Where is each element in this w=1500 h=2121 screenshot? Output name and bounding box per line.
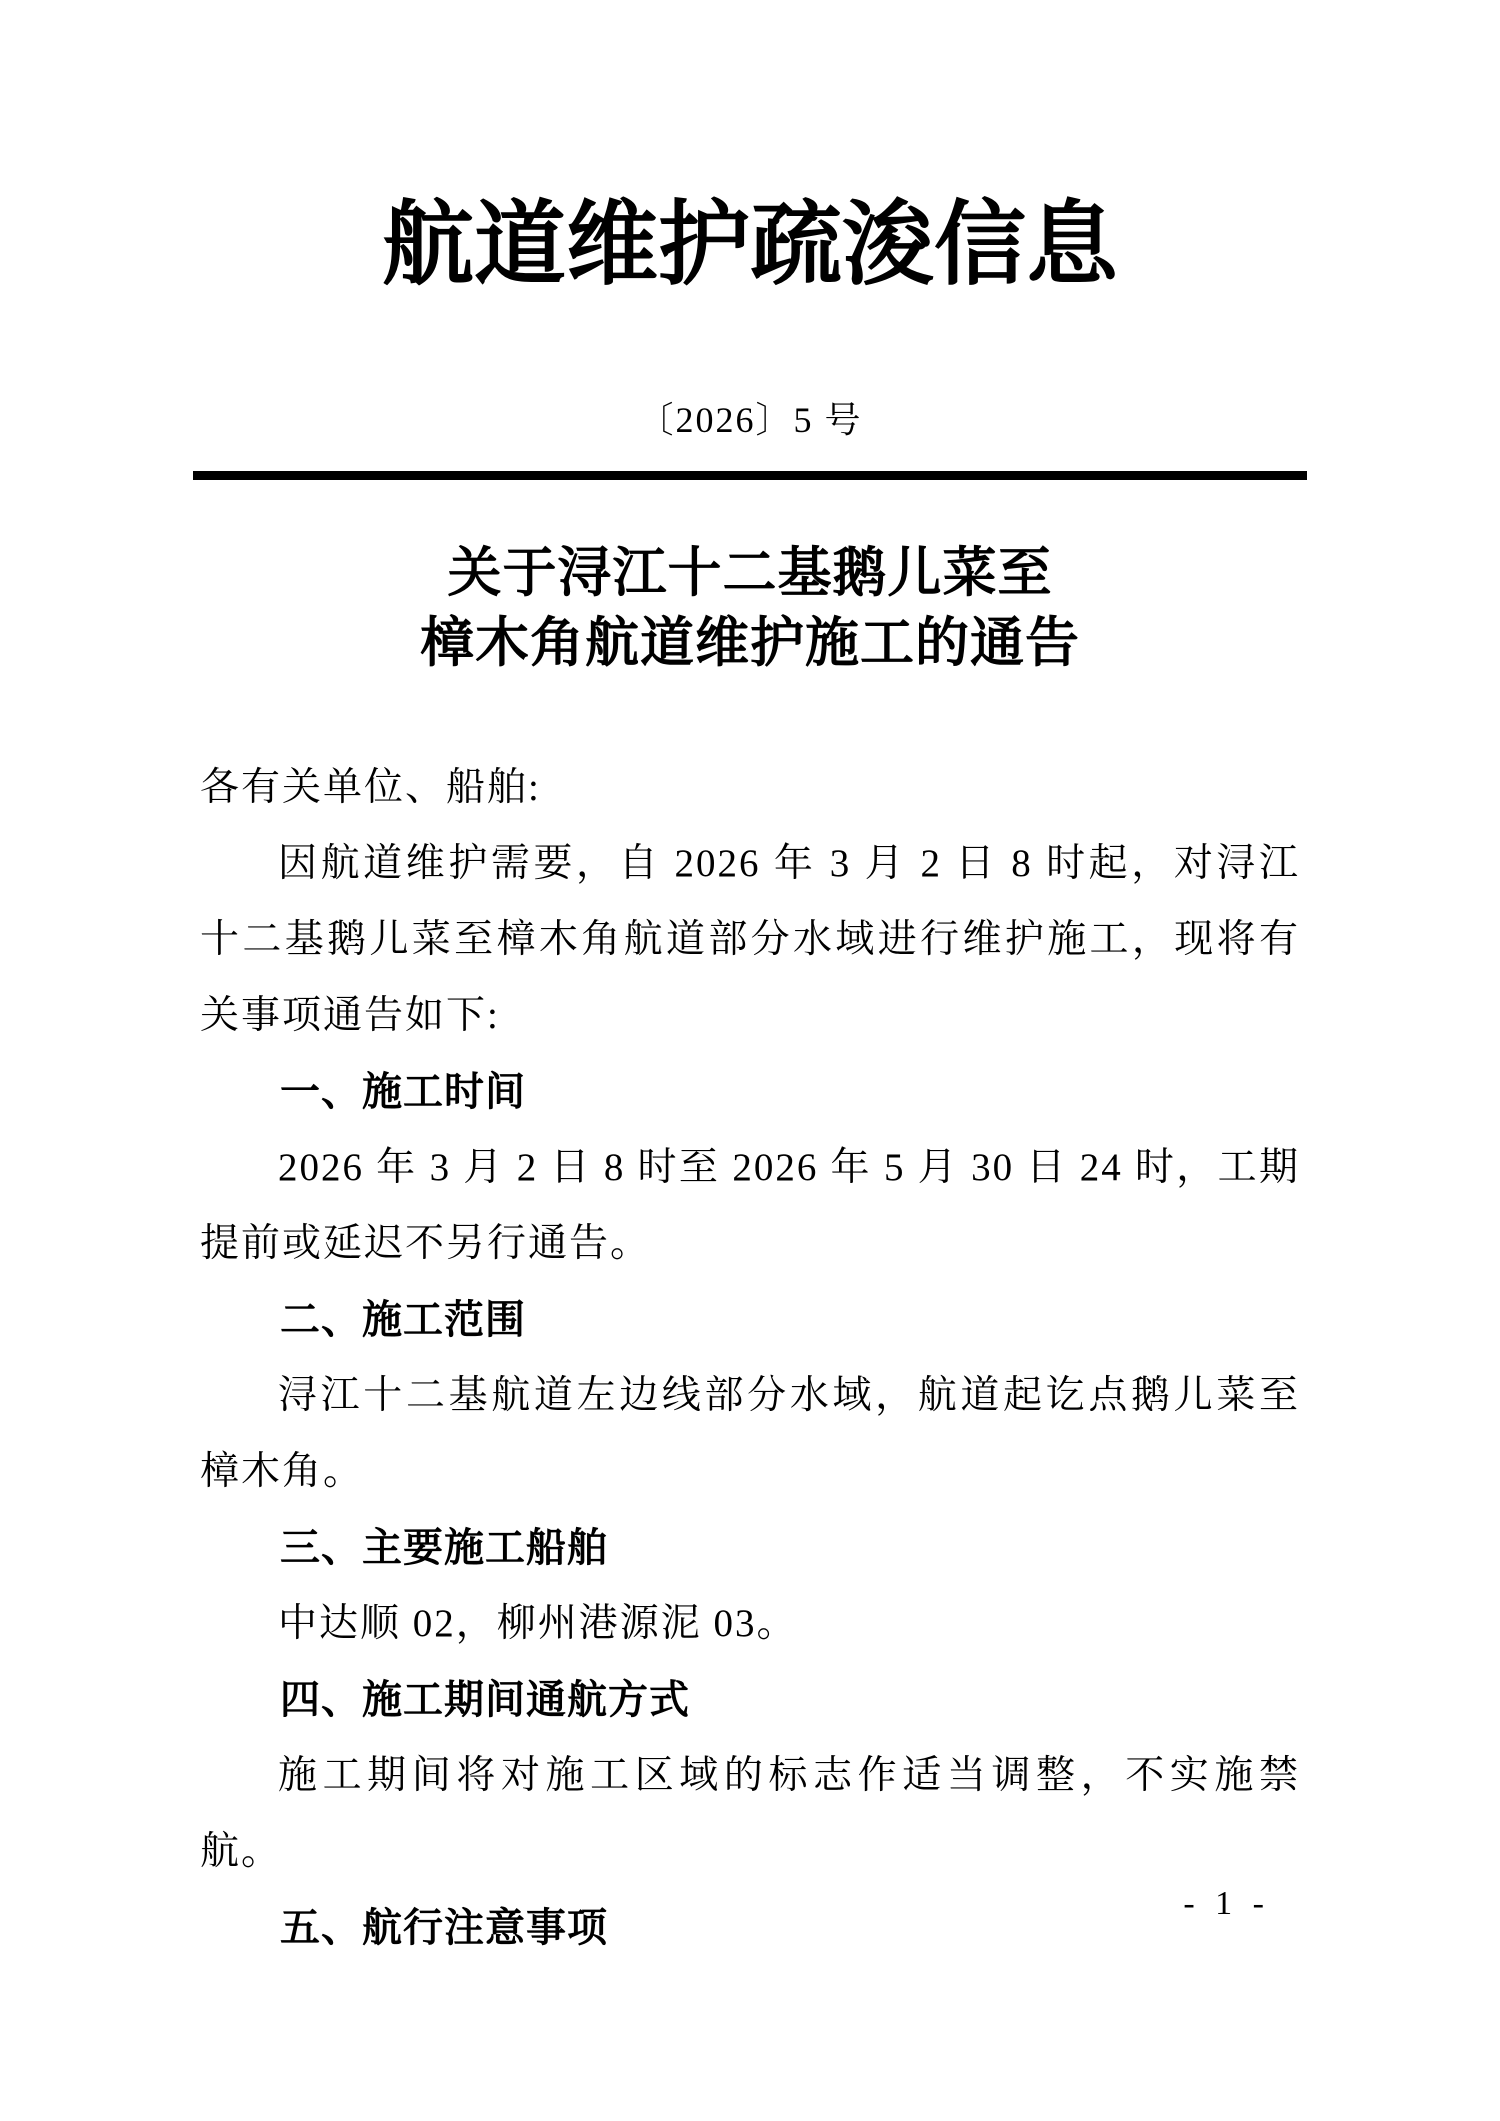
- divider-rule: [193, 471, 1307, 480]
- notice-body: 各有关单位、船舶: 因航道维护需要，自 2026 年 3 月 2 日 8 时起，…: [200, 750, 1300, 1966]
- paragraph-navigation-mode: 施工期间将对施工区域的标志作适当调整，不实施禁航。: [200, 1738, 1300, 1890]
- notice-title: 关于浔江十二基鹅儿菜至 樟木角航道维护施工的通告: [200, 538, 1300, 678]
- section-heading-1-construction-time: 一、施工时间: [200, 1054, 1300, 1130]
- paragraph-intro: 因航道维护需要，自 2026 年 3 月 2 日 8 时起，对浔江十二基鹅儿菜至…: [200, 826, 1300, 1054]
- section-heading-3-main-vessels: 三、主要施工船舶: [200, 1510, 1300, 1586]
- section-heading-5-navigation-notes: 五、航行注意事项: [200, 1890, 1300, 1966]
- paragraph-construction-time: 2026 年 3 月 2 日 8 时至 2026 年 5 月 30 日 24 时…: [200, 1130, 1300, 1282]
- page-number: - 1 -: [1183, 1885, 1270, 1923]
- notice-title-line2: 樟木角航道维护施工的通告: [200, 608, 1300, 678]
- section-heading-4-navigation-mode: 四、施工期间通航方式: [200, 1662, 1300, 1738]
- masthead-title: 航道维护疏浚信息: [200, 190, 1300, 300]
- salutation: 各有关单位、船舶:: [200, 750, 1300, 826]
- section-heading-2-construction-scope: 二、施工范围: [200, 1282, 1300, 1358]
- paragraph-construction-scope: 浔江十二基航道左边线部分水域，航道起讫点鹅儿菜至樟木角。: [200, 1358, 1300, 1510]
- doc-number: 〔2026〕5 号: [200, 395, 1300, 445]
- document-page: 航道维护疏浚信息 〔2026〕5 号 关于浔江十二基鹅儿菜至 樟木角航道维护施工…: [0, 0, 1500, 2121]
- paragraph-main-vessels: 中达顺 02，柳州港源泥 03。: [200, 1586, 1300, 1662]
- notice-title-line1: 关于浔江十二基鹅儿菜至: [200, 538, 1300, 608]
